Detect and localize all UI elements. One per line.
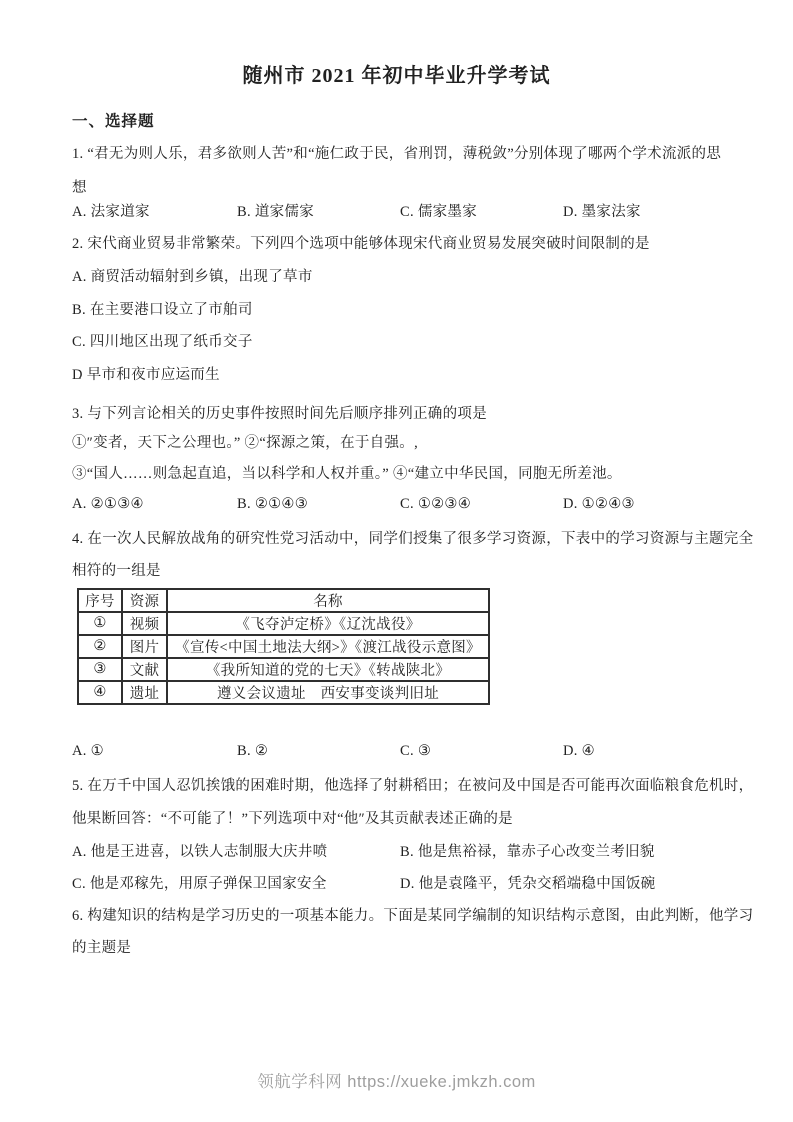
q1-stem-line1: 1. “君无为则人乐，君多欲则人苦”和“施仁政于民，省刑罚，薄税敛”分别体现了哪…: [72, 144, 721, 164]
q3-option-c: C. ①②③④: [400, 494, 471, 514]
q5-options-row2: C. 他是邓稼先，用原子弹保卫国家安全 D. 他是袁隆平，凭杂交稻端稳中国饭碗: [72, 874, 722, 894]
site-watermark: 领航学科网 https://xueke.jmkzh.com: [0, 1068, 793, 1092]
table-row: ④ 遗址 遵义会议遗址 西安事变谈判旧址: [78, 681, 489, 704]
q5-options-row1: A. 他是王进喜，以铁人志制服大庆井喷 B. 他是焦裕禄，靠赤子心改变兰考旧貌: [72, 842, 722, 862]
section-header: 一、选择题: [72, 112, 155, 132]
q5-option-c: C. 他是邓稼先，用原子弹保卫国家安全: [72, 874, 327, 894]
stray-scan-mark: ‘: [78, 374, 82, 386]
q5-option-b: B. 他是焦裕禄，靠赤子心改变兰考旧貌: [400, 842, 655, 862]
q3-stem: 3. 与下列言论相关的历史事件按照时间先后顺序排列正确的项是: [72, 404, 487, 424]
page-title: 随州市 2021 年初中毕业升学考试: [0, 62, 793, 90]
q5-stem-line2: 他果断回答：“不可能了！”下列选项中对“他″及其贡献表述正确的是: [72, 809, 513, 829]
table-header-row: 序号 资源 名称: [78, 589, 489, 612]
q4-options-row: A. ① B. ② C. ③ D. ④: [72, 741, 722, 761]
q3-option-d: D. ①②④③: [563, 494, 635, 514]
q3-option-a: A. ②①③④: [72, 494, 144, 514]
table-cell-resource: 文献: [122, 658, 167, 681]
table-cell-number: ③: [78, 658, 122, 681]
exam-paper-page: 随州市 2021 年初中毕业升学考试 一、选择题 1. “君无为则人乐，君多欲则…: [0, 0, 793, 1122]
table-row: ① 视频 《飞夺泸定桥》《辽沈战役》: [78, 612, 489, 635]
table-row: ③ 文献 《我所知道的党的七天》《转战陕北》: [78, 658, 489, 681]
q5-option-a: A. 他是王进喜，以铁人志制服大庆井喷: [72, 842, 327, 862]
q2-option-c: C. 四川地区出现了纸币交子: [72, 332, 253, 352]
q5-option-d: D. 他是袁隆平，凭杂交稻端稳中国饭碗: [400, 874, 655, 894]
q2-stem: 2. 宋代商业贸易非常繁荣。下列四个选项中能够体现宋代商业贸易发展突破时间限制的…: [72, 234, 650, 254]
q1-option-b: B. 道家儒家: [237, 202, 314, 222]
table-row: ② 图片 《宣传<中国土地法大纲>》《渡江战役示意图》: [78, 635, 489, 658]
q1-option-c: C. 儒家墨家: [400, 202, 477, 222]
q5-stem-line1: 5. 在万千中国人忍饥挨饿的困难时期，他选择了射耕稻田；在被问及中国是否可能再次…: [72, 776, 753, 796]
table-cell-number: ④: [78, 681, 122, 704]
q4-option-a: A. ①: [72, 741, 104, 761]
table-cell-name: 遵义会议遗址 西安事变谈判旧址: [167, 681, 489, 704]
q4-stem-line2: 相符的一组是: [72, 561, 161, 581]
table-cell-number: ②: [78, 635, 122, 658]
q2-option-d: D 早市和夜市应运而生: [72, 365, 220, 385]
q4-stem-line1: 4. 在一次人民解放战角的研究性党习活动中，同学们授集了很多学习资源，下表中的学…: [72, 529, 753, 549]
table-header-resource: 资源: [122, 589, 167, 612]
q4-option-b: B. ②: [237, 741, 268, 761]
q3-quotes-line2: ③“国人……则急起直追，当以科学和人权并重。” ④“建立中华民国，同胞无所差池。: [72, 464, 622, 484]
table-header-number: 序号: [78, 589, 122, 612]
table-cell-name: 《飞夺泸定桥》《辽沈战役》: [167, 612, 489, 635]
table-cell-resource: 视频: [122, 612, 167, 635]
table-cell-number: ①: [78, 612, 122, 635]
q1-option-a: A. 法家道家: [72, 202, 150, 222]
q6-stem-line1: 6. 构建知识的结构是学习历史的一项基本能力。下面是某同学编制的知识结构示意图，…: [72, 906, 753, 926]
q3-options-row: A. ②①③④ B. ②①④③ C. ①②③④ D. ①②④③: [72, 494, 722, 514]
table-header-name: 名称: [167, 589, 489, 612]
q4-option-c: C. ③: [400, 741, 431, 761]
q1-option-d: D. 墨家法家: [563, 202, 641, 222]
table-cell-name: 《宣传<中国土地法大纲>》《渡江战役示意图》: [167, 635, 489, 658]
q4-resource-table: 序号 资源 名称 ① 视频 《飞夺泸定桥》《辽沈战役》 ② 图片 《宣传<中国土…: [77, 588, 490, 705]
q1-options-row: A. 法家道家 B. 道家儒家 C. 儒家墨家 D. 墨家法家: [72, 202, 722, 222]
q2-option-b: B. 在主要港口设立了市舶司: [72, 300, 253, 320]
table-cell-resource: 遗址: [122, 681, 167, 704]
q4-option-d: D. ④: [563, 741, 595, 761]
q2-option-a: A. 商贸活动辐射到乡镇，出现了草市: [72, 267, 313, 287]
q3-option-b: B. ②①④③: [237, 494, 308, 514]
q6-stem-line2: 的主题是: [72, 938, 131, 958]
table-cell-name: 《我所知道的党的七天》《转战陕北》: [167, 658, 489, 681]
table-cell-resource: 图片: [122, 635, 167, 658]
q3-quotes-line1: ①″变者，天下之公理也。” ②“探源之策，在于自强。,: [72, 433, 418, 453]
q1-stem-line2: 想: [72, 178, 87, 198]
